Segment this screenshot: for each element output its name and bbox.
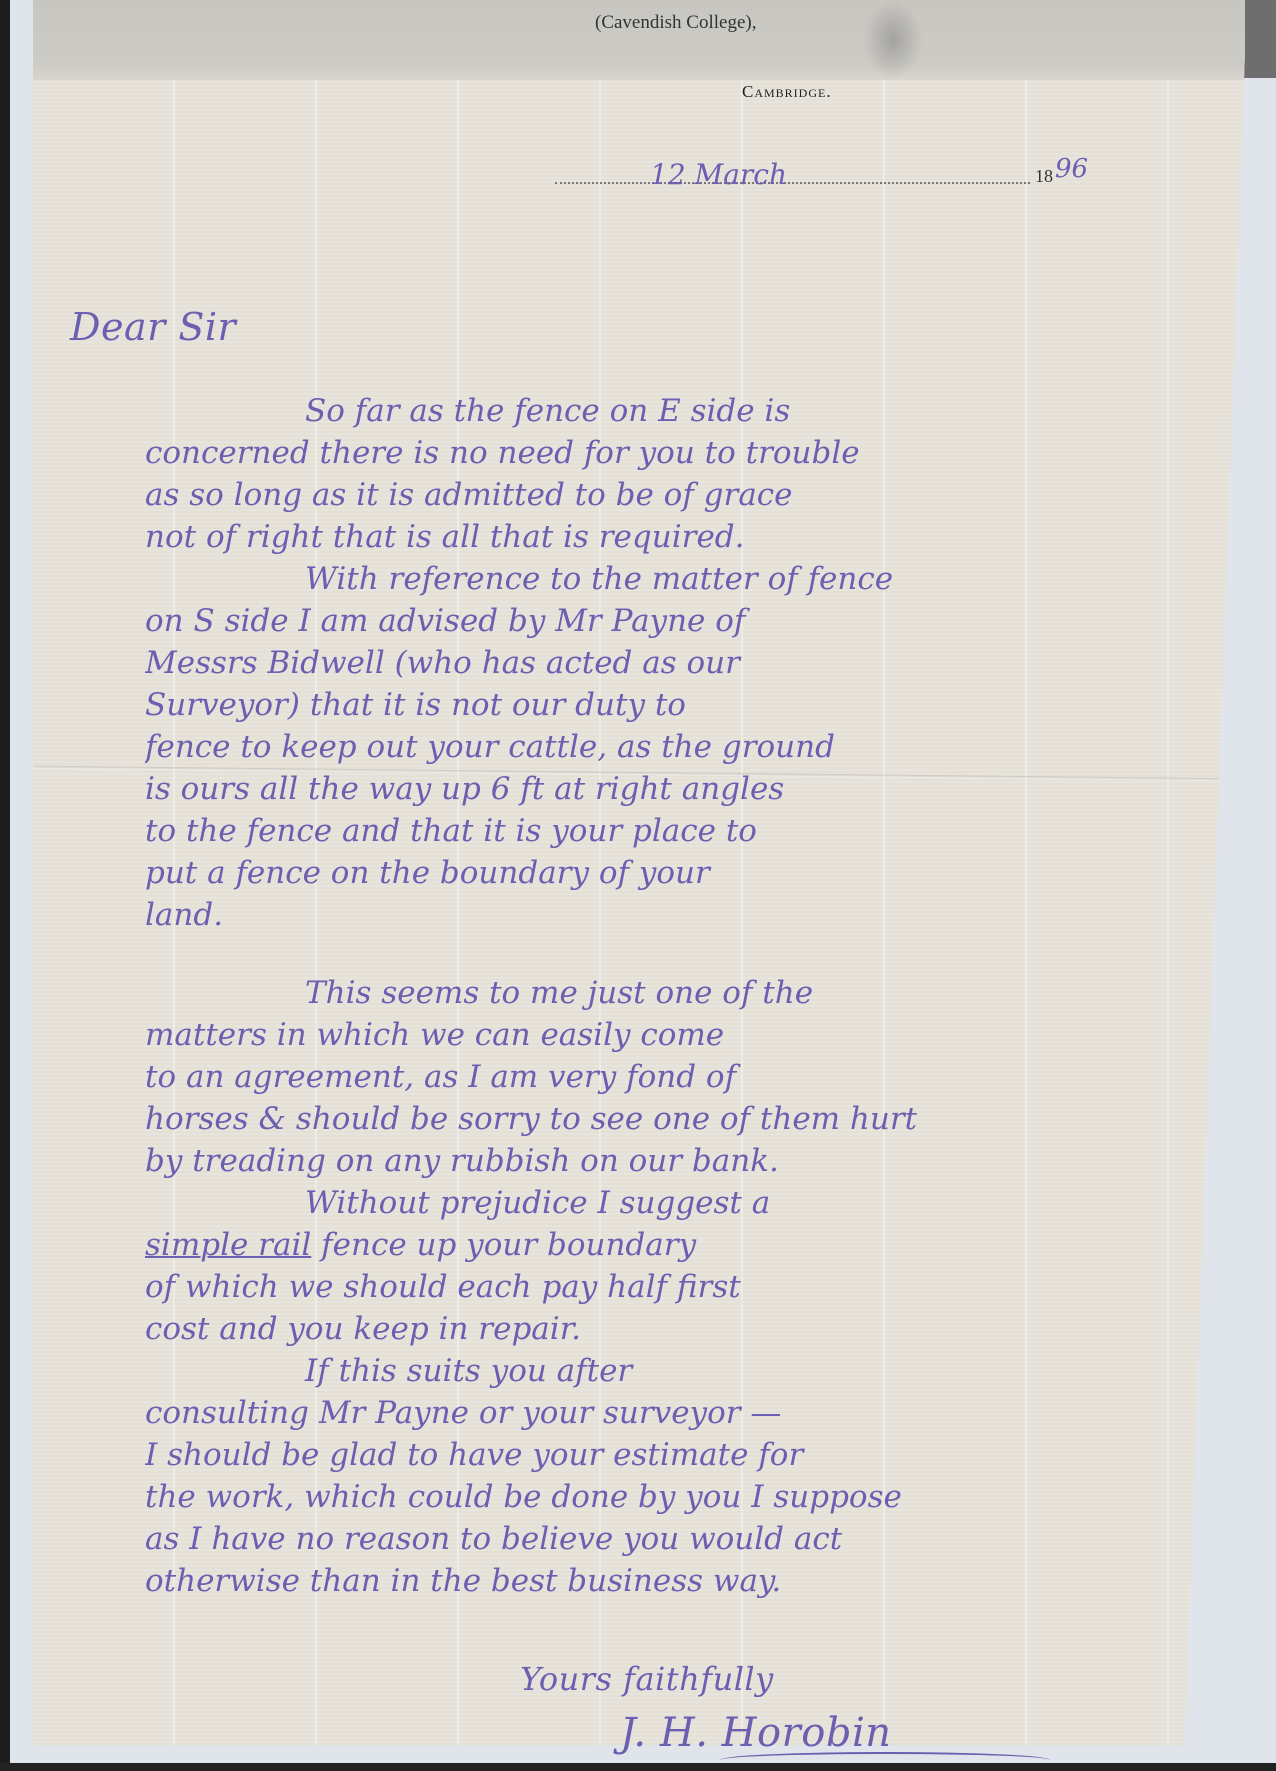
- letter-line: is ours all the way up 6 ft at right ang…: [145, 768, 1165, 810]
- date-year-handwritten: 96: [1055, 154, 1088, 184]
- letter-line: land.: [145, 894, 1165, 936]
- letter-line: by treading on any rubbish on our bank.: [145, 1140, 1165, 1182]
- scanner-edge-bottom: [0, 1763, 1276, 1771]
- fold-shadow: [863, 0, 923, 80]
- letter-body: So far as the fence on E side is concern…: [145, 390, 1165, 1602]
- letter-line-rest: fence up your boundary: [311, 1227, 696, 1263]
- letter-line: put a fence on the boundary of your: [145, 852, 1165, 894]
- letter-line: Messrs Bidwell (who has acted as our: [145, 642, 1165, 684]
- letter-line: cost and you keep in repair.: [145, 1308, 1165, 1350]
- underlined-phrase: simple rail: [145, 1227, 311, 1263]
- letter-line-underlined: simple rail fence up your boundary: [145, 1224, 1165, 1266]
- date-line: 12 March 18 96: [555, 160, 1075, 190]
- date-dotted-rule: [555, 182, 1030, 184]
- letter-line: matters in which we can easily come: [145, 1014, 1165, 1056]
- letter-line: horses & should be sorry to see one of t…: [145, 1098, 1165, 1140]
- signature: J. H. Horobin: [620, 1710, 892, 1756]
- letter-line: With reference to the matter of fence: [145, 558, 1165, 600]
- date-year-printed: 18: [1035, 166, 1053, 187]
- letter-line: to the fence and that it is your place t…: [145, 810, 1165, 852]
- letter-line: otherwise than in the best business way.: [145, 1560, 1165, 1602]
- letter-line: as so long as it is admitted to be of gr…: [145, 474, 1165, 516]
- letter-line: fence to keep out your cattle, as the gr…: [145, 726, 1165, 768]
- letter-line: Without prejudice I suggest a: [145, 1182, 1165, 1224]
- letter-line: This seems to me just one of the: [145, 972, 1165, 1014]
- letter-line: consulting Mr Payne or your surveyor —: [145, 1392, 1165, 1434]
- letterhead-city: Cambridge.: [742, 82, 832, 102]
- letter-line: the work, which could be done by you I s…: [145, 1476, 1165, 1518]
- date-day-month: 12 March: [650, 158, 787, 191]
- closing: Yours faithfully: [520, 1660, 774, 1698]
- letter-line: concerned there is no need for you to tr…: [145, 432, 1165, 474]
- letter-line: So far as the fence on E side is: [145, 390, 1165, 432]
- letter-line: on S side I am advised by Mr Payne of: [145, 600, 1165, 642]
- salutation: Dear Sir: [70, 305, 236, 349]
- letter-line: of which we should each pay half first: [145, 1266, 1165, 1308]
- letterhead-college: (Cavendish College),: [595, 12, 756, 34]
- letter-line: Surveyor) that it is not our duty to: [145, 684, 1165, 726]
- letter-line: If this suits you after: [145, 1350, 1165, 1392]
- letter-line: not of right that is all that is require…: [145, 516, 1165, 558]
- letter-line: I should be glad to have your estimate f…: [145, 1434, 1165, 1476]
- letter-line: to an agreement, as I am very fond of: [145, 1056, 1165, 1098]
- letter-line: as I have no reason to believe you would…: [145, 1518, 1165, 1560]
- scanner-edge-left: [0, 0, 10, 1771]
